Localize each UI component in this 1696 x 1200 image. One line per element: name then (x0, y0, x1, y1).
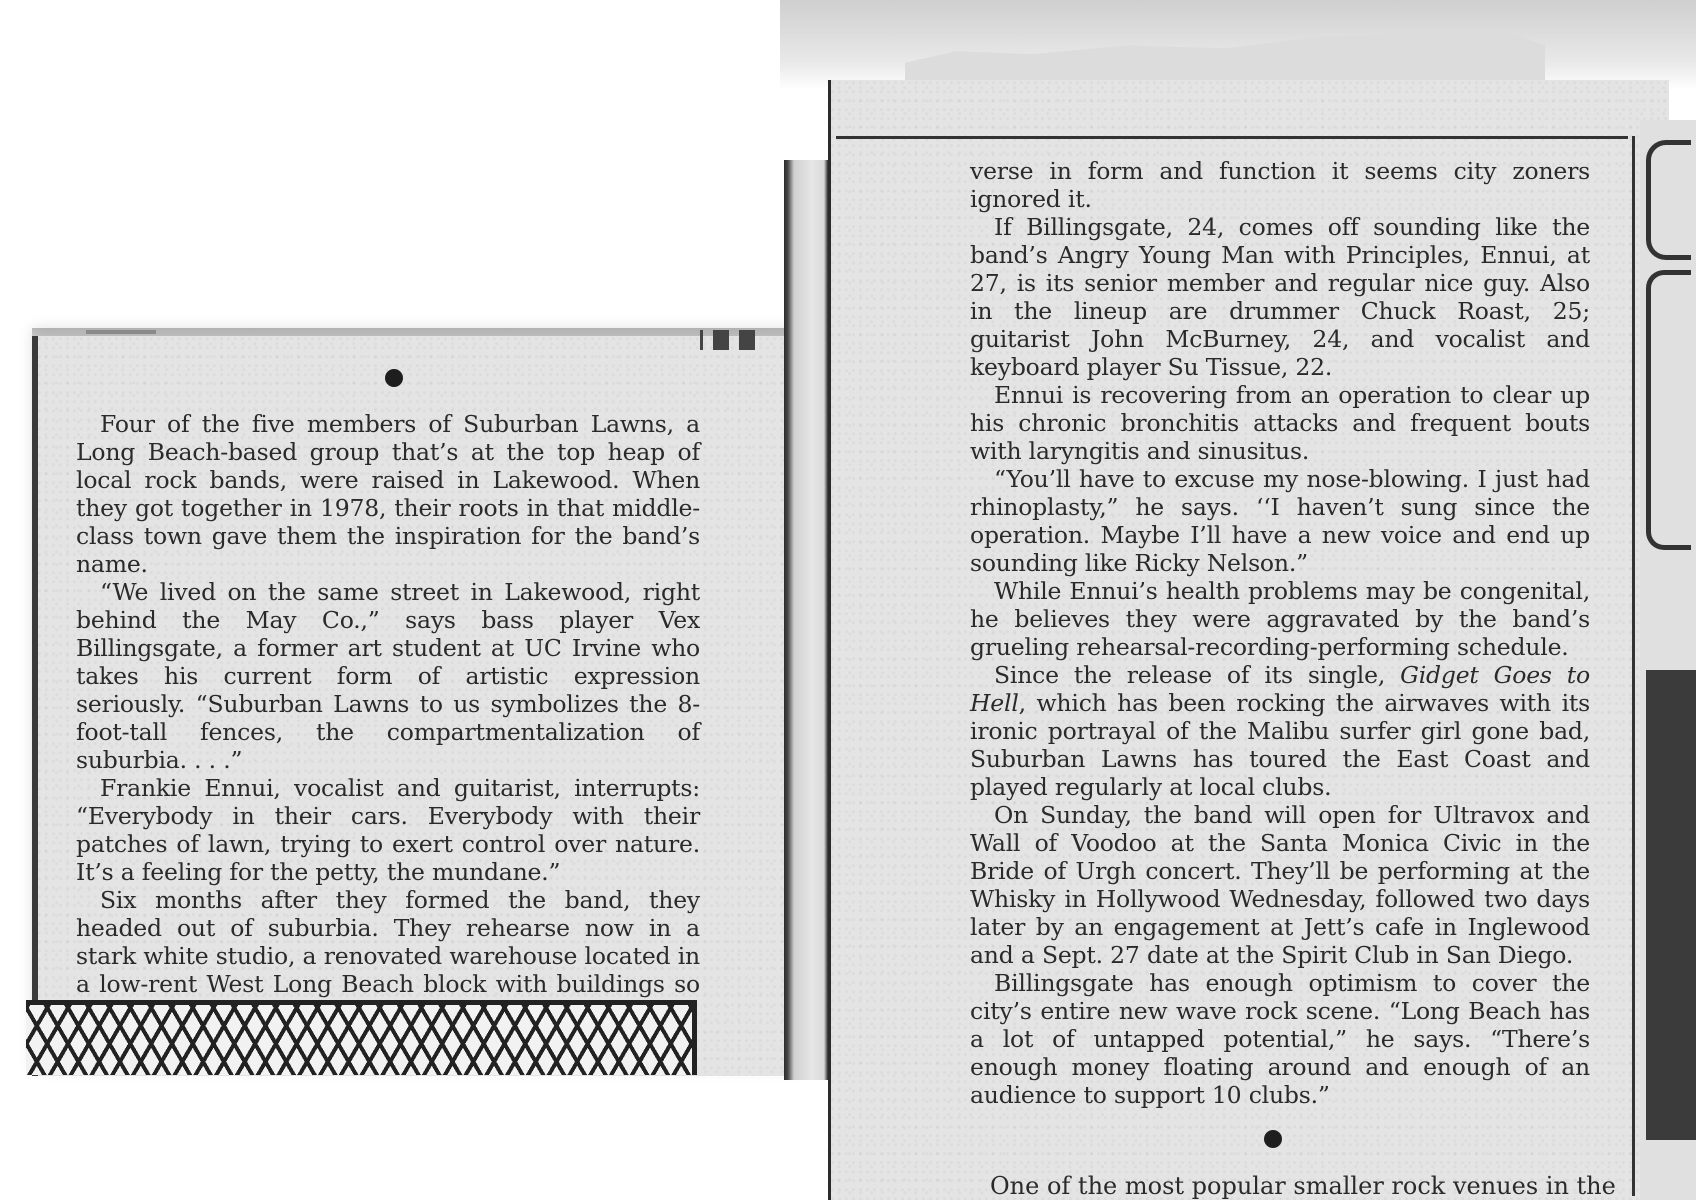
stripe-mark (739, 330, 755, 350)
paragraph: Ennui is recovering from an operation to… (970, 381, 1590, 465)
horizontal-rule (836, 136, 1628, 139)
paragraph: If Billingsgate, 24, comes off sounding … (970, 213, 1590, 381)
section-bullet-icon (385, 369, 403, 387)
section-bullet-icon (1264, 1130, 1282, 1148)
paragraph: On Sunday, the band will open for Ultrav… (970, 801, 1590, 969)
left-article-column: Four of the five members of Suburban Law… (76, 410, 700, 1026)
cut-off-next-paragraph: One of the most popular smaller rock ven… (990, 1172, 1630, 1200)
stripe-marks (700, 330, 785, 350)
paragraph: verse in form and function it seems city… (970, 157, 1590, 213)
vertical-rule (1632, 136, 1635, 1196)
paragraph: Billingsgate has enough optimism to cove… (970, 969, 1590, 1109)
stripe-mark (713, 330, 729, 350)
paragraph: Frankie Ennui, vocalist and guitarist, i… (76, 774, 700, 886)
adjacent-dark-block (1646, 670, 1696, 1140)
cut-off-text-fragment (86, 330, 156, 334)
paragraph-single-release: Since the release of its single, Gidget … (970, 661, 1590, 801)
paragraph: While Ennui’s health problems may be con… (970, 577, 1590, 661)
text: Since the release of its single, (994, 661, 1400, 689)
adjacent-graphic-fragment (1646, 270, 1691, 550)
text: , which has been rocking the airwaves wi… (970, 689, 1590, 801)
paper-fold (784, 160, 828, 1080)
stripe-mark (700, 330, 703, 350)
paragraph: Four of the five members of Suburban Law… (76, 410, 700, 578)
netting-illustration (26, 1000, 697, 1075)
paragraph: “You’ll have to excuse my nose-blowing. … (970, 465, 1590, 577)
paragraph: “We lived on the same street in Lakewood… (76, 578, 700, 774)
right-article-column: verse in form and function it seems city… (970, 157, 1590, 1109)
adjacent-graphic-fragment (1646, 140, 1691, 260)
